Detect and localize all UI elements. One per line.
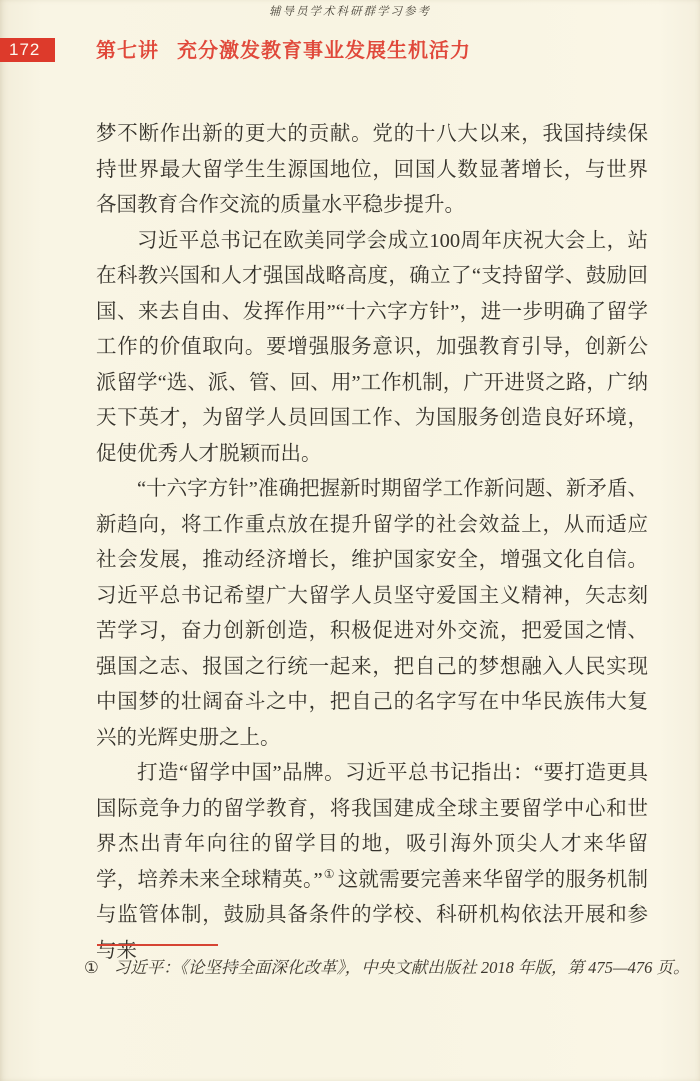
paragraph: 习近平总书记在欧美同学会成立100周年庆祝大会上，站在科教兴国和人才强国战略高度… — [96, 224, 648, 473]
running-header: 辅导员学术科研群学习参考 — [0, 3, 700, 19]
paragraph: “十六字方针”准确把握新时期留学工作新问题、新矛盾、新趋向，将工作重点放在提升留… — [96, 472, 648, 756]
page-number-badge: 172 — [0, 38, 55, 62]
body-text: 梦不断作出新的更大的贡献。党的十八大以来，我国持续保持世界最大留学生生源国地位，… — [96, 117, 648, 969]
paragraph: 打造“留学中国”品牌。习近平总书记指出：“要打造更具国际竞争力的留学教育，将我国… — [96, 756, 648, 969]
chapter-label: 第七讲 — [96, 40, 159, 62]
book-page: 辅导员学术科研群学习参考 172 第七讲充分激发教育事业发展生机活力 梦不断作出… — [0, 0, 700, 1081]
chapter-heading: 第七讲充分激发教育事业发展生机活力 — [96, 40, 471, 62]
footnote: ①习近平：《论坚持全面深化改革》，中央文献出版社 2018 年版，第 475—4… — [84, 956, 656, 980]
footnote-text: 习近平：《论坚持全面深化改革》，中央文献出版社 2018 年版，第 475—47… — [114, 958, 690, 977]
chapter-title: 充分激发教育事业发展生机活力 — [177, 40, 471, 62]
footnote-reference: ① — [324, 867, 335, 881]
paragraph-continuation: 梦不断作出新的更大的贡献。党的十八大以来，我国持续保持世界最大留学生生源国地位，… — [96, 117, 648, 224]
footnote-marker: ① — [84, 958, 99, 977]
footnote-separator — [97, 944, 218, 946]
